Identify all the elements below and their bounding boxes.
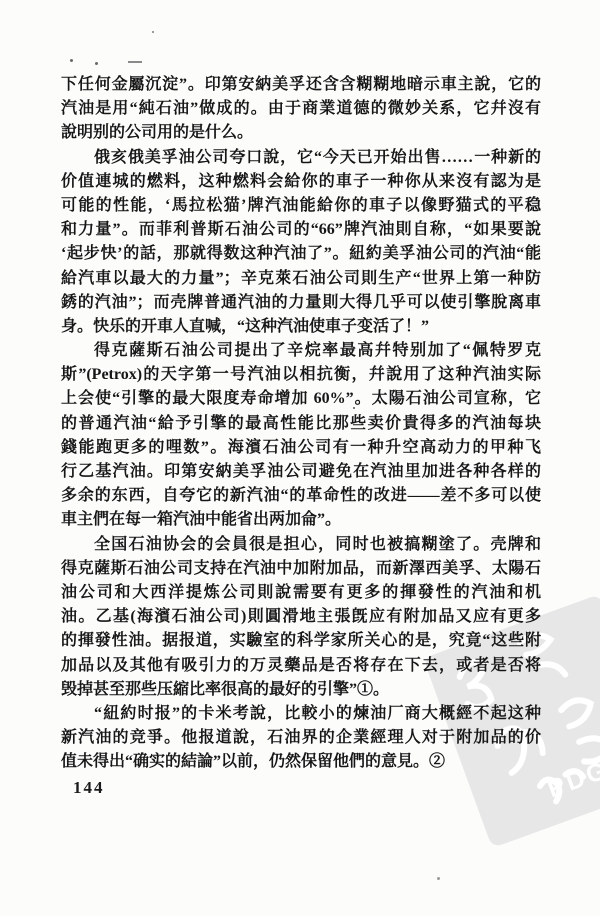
text-line: 的揮發性油。据报道，实驗室的科学家所关心的是，究竟“这些附 (61, 629, 541, 653)
text-line: 的普通汽油“給予引擎的最高性能比那些卖价貴得多的汽油每块 (61, 412, 541, 436)
text-line: 給汽車以最大的力量”；辛克萊石油公司則生产“世界上第一种防 (61, 267, 541, 291)
text-line: 和力量”。而菲利普斯石油公司的“66”牌汽油則自称，“如果要說 (61, 218, 541, 242)
scanned-book-page: PDG 下任何金屬沉淀”。印第安納美孚还含含糊糊地暗示車主說，它的 汽油是用“純… (0, 0, 600, 916)
text-line: 汽油是用“純石油”做成的。由于商業道德的微妙关系，它幷沒有 (61, 97, 541, 121)
text-line: 值未得出“确实的結論”以前，仍然保留他們的意見。② (61, 750, 541, 774)
text-line: 下任何金屬沉淀”。印第安納美孚还含含糊糊地暗示車主說，它的 (61, 73, 541, 97)
text-line: 車主們在每一箱汽油中能省出两加侖”。 (61, 508, 541, 532)
scan-speck (437, 877, 440, 880)
page-number: 144 (73, 778, 105, 798)
text-line: 俄亥俄美孚油公司夸口說，它“今天已开始出售……一种新的 (61, 146, 541, 170)
scan-speck (95, 62, 98, 65)
text-line: 錢能跑更多的哩数”。海濱石油公司有一种升空高动力的甲种飞 (61, 436, 541, 460)
scan-speck (152, 31, 154, 33)
text-line: 得克薩斯石油公司支持在汽油中加附加品，而新澤西美孚、太陽石 (61, 557, 541, 581)
scan-dash (128, 61, 142, 63)
text-line: “紐約时报”的卡米考說，比較小的煉油厂商大概經不起这种 (61, 702, 541, 726)
text-line: 行乙基汽油。印第安納美孚油公司避免在汽油里加进各种各样的 (61, 460, 541, 484)
text-line: ‘起步快’的話，那就得数这种汽油了”。紐約美孚油公司的汽油“能 (61, 242, 541, 266)
text-line: 加品以及其他有吸引力的万灵藥品是否将存在下去，或者是否将 (61, 654, 541, 678)
text-line: 斯”(Petrox)的天字第一号汽油以相抗衡，幷說用了这种汽油实际 (61, 363, 541, 387)
text-line: 油。乙基(海濱石油公司)則圓滑地主張旣应有附加品又应有更多 (61, 605, 541, 629)
text-line: 全国石油协会的会員很是担心，同时也被搞糊塗了。壳牌和 (61, 533, 541, 557)
text-line: 油公司和大西洋提炼公司則說需要有更多的揮發性的汽油和机 (61, 581, 541, 605)
text-line: 新汽油的竞爭。他报道說，石油界的企業經理人对于附加品的价 (61, 726, 541, 750)
text-line: 价值連城的燃料，这种燃料会給你的車子一种你从来沒有認为是 (61, 170, 541, 194)
scan-speck (70, 59, 73, 62)
scan-speck (353, 407, 355, 409)
text-line: 毁掉甚至那些压縮比率很高的最好的引擎”①。 (61, 678, 541, 702)
text-line: 可能的性能，‘馬拉松猫’牌汽油能給你的車子以像野猫式的平稳 (61, 194, 541, 218)
text-line: 多余的东西，自夸它的新汽油“的革命性的改进——差不多可以使 (61, 484, 541, 508)
text-line: 身。快乐的开車人直喊，“这种汽油使車子变活了！” (61, 315, 541, 339)
text-line: 說明别的公司用的是什么。 (61, 121, 541, 145)
text-line: 得克薩斯石油公司提出了辛烷率最高幷特别加了“佩特罗克 (61, 339, 541, 363)
text-line: 上会使“引擎的最大限度寿命增加 60%”。太陽石油公司宣称，它 (61, 387, 541, 411)
text-line: 銹的汽油”；而壳牌普通汽油的力量則大得几乎可以使引擎脫离車 (61, 291, 541, 315)
text-block: 下任何金屬沉淀”。印第安納美孚还含含糊糊地暗示車主說，它的 汽油是用“純石油”做… (61, 73, 541, 774)
